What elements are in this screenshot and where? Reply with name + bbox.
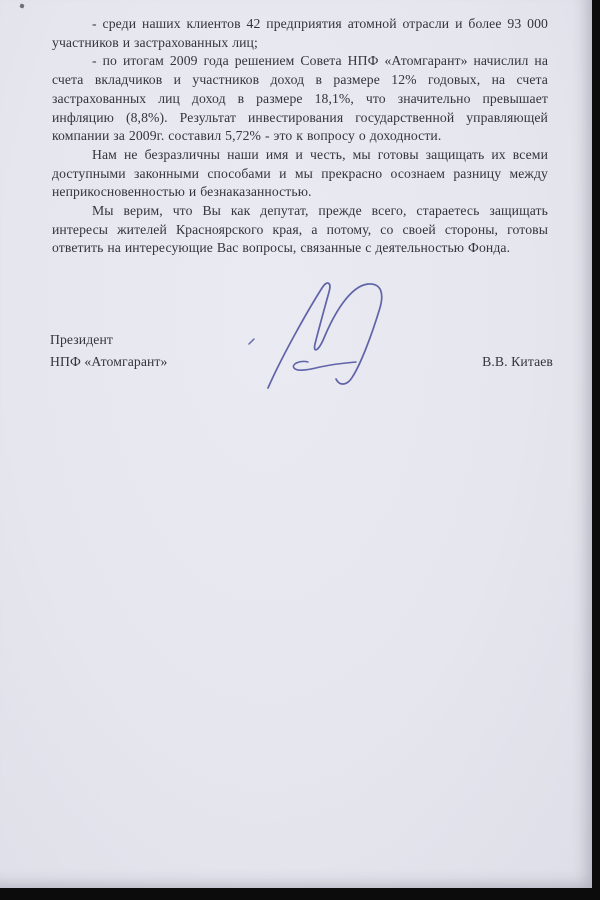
signer-title-block: Президент НПФ «Атомгарант» [50, 330, 167, 371]
scan-artifact-speck [19, 3, 24, 8]
scanned-letter-page: - среди наших клиентов 42 предприятия ат… [0, 0, 600, 900]
signer-name: В.В. Китаев [482, 352, 553, 371]
paper-sheet: - среди наших клиентов 42 предприятия ат… [0, 0, 592, 888]
paragraph-honor: Нам не безразличны наши имя и честь, мы … [52, 146, 548, 202]
signature-block: Президент НПФ «Атомгарант» В.В. Китаев [50, 330, 553, 371]
letter-body: - среди наших клиентов 42 предприятия ат… [52, 15, 548, 258]
list-item-returns: - по итогам 2009 года решением Совета НП… [52, 52, 548, 146]
list-item-clients: - среди наших клиентов 42 предприятия ат… [52, 15, 548, 52]
signer-title: Президент [50, 330, 167, 349]
paragraph-deputy: Мы верим, что Вы как депутат, прежде все… [52, 202, 548, 258]
signer-organization: НПФ «Атомгарант» [50, 352, 167, 371]
